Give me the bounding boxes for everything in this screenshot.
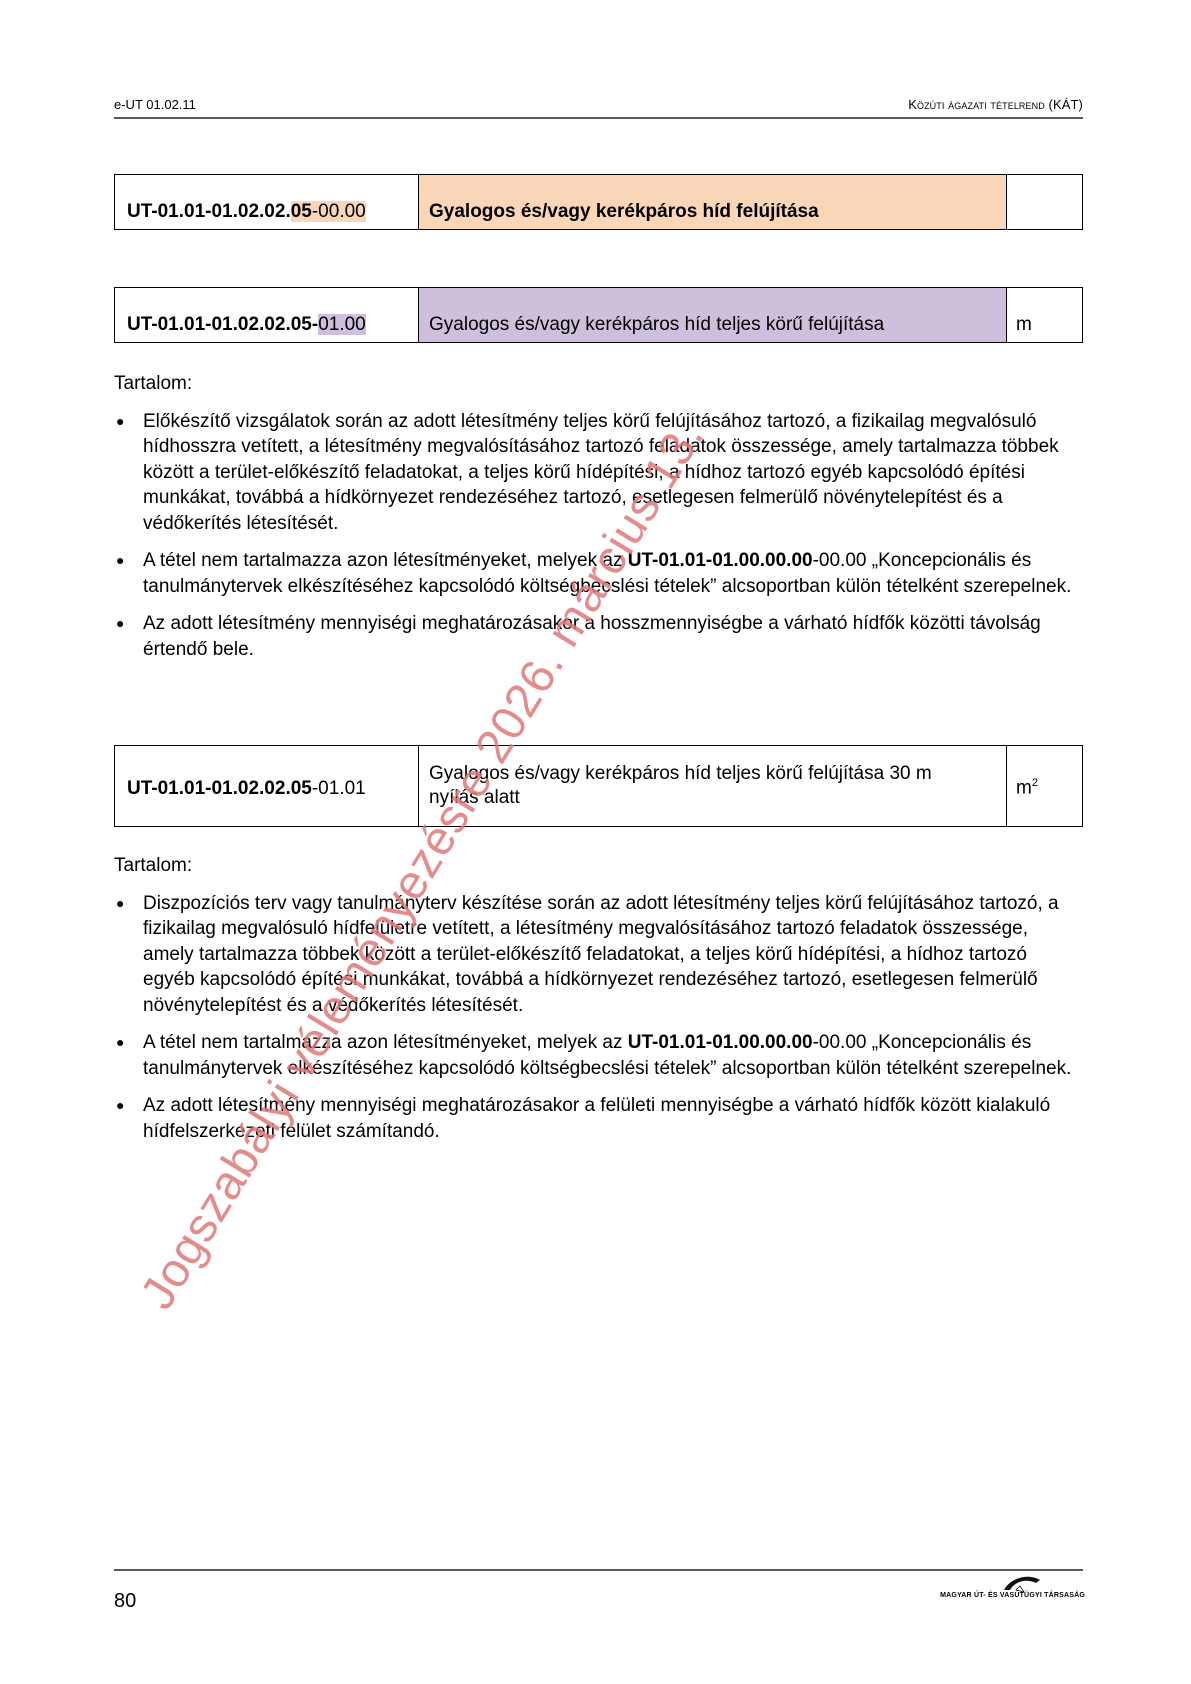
bullet-icon: ● <box>116 409 124 435</box>
bullet-list: ●Előkészítő vizsgálatok során az adott l… <box>114 409 1074 663</box>
item-unit: m2 <box>1007 746 1083 827</box>
section-label: Tartalom: <box>114 853 1074 879</box>
item-table-detail: UT-01.01-01.02.02.05-01.01 Gyalogos és/v… <box>114 745 1083 827</box>
item-table-group: UT-01.01-01.02.02.05-00.00 Gyalogos és/v… <box>114 174 1083 230</box>
list-item: ●A tétel nem tartalmazza azon létesítmén… <box>114 1030 1074 1081</box>
bullet-icon: ● <box>116 611 124 637</box>
page-header: e-UT 01.02.11 Közúti ágazati tételrend (… <box>114 97 1083 119</box>
list-item: ●Az adott létesítmény mennyiségi meghatá… <box>114 1093 1074 1144</box>
content-section-2: Tartalom: ●Diszpozíciós terv vagy tanulm… <box>114 853 1074 1156</box>
item-unit <box>1007 175 1083 230</box>
bullet-icon: ● <box>116 891 124 917</box>
item-unit: m <box>1007 288 1083 343</box>
publisher-name: MAGYAR ÚT- ÉS VASÚTÜGYI TÁRSASÁG <box>930 1592 1085 1599</box>
table-row: UT-01.01-01.02.02.05-00.00 Gyalogos és/v… <box>115 175 1083 230</box>
publisher-logo: MAGYAR ÚT- ÉS VASÚTÜGYI TÁRSASÁG <box>930 1572 1085 1612</box>
item-code: UT-01.01-01.02.02.05-00.00 <box>115 175 419 230</box>
item-title: Gyalogos és/vagy kerékpáros híd teljes k… <box>419 746 1007 827</box>
list-item: ●Az adott létesítmény mennyiségi meghatá… <box>114 611 1074 662</box>
list-item: ●Előkészítő vizsgálatok során az adott l… <box>114 409 1074 537</box>
list-item: ●A tétel nem tartalmazza azon létesítmén… <box>114 548 1074 599</box>
footer-divider <box>114 1569 1083 1571</box>
item-table-subitem: UT-01.01-01.02.02.05-01.00 Gyalogos és/v… <box>114 287 1083 343</box>
page-number: 80 <box>114 1590 136 1613</box>
reference-code: UT-01.01-01.00.00.00 <box>628 550 813 571</box>
section-label: Tartalom: <box>114 371 1074 397</box>
bullet-icon: ● <box>116 548 124 574</box>
list-item: ●Diszpozíciós terv vagy tanulmányterv ké… <box>114 891 1074 1019</box>
item-title: Gyalogos és/vagy kerékpáros híd teljes k… <box>419 288 1007 343</box>
item-code: UT-01.01-01.02.02.05-01.00 <box>115 288 419 343</box>
item-code: UT-01.01-01.02.02.05-01.01 <box>115 746 419 827</box>
document-title: Közúti ágazati tételrend (KÁT) <box>908 97 1083 112</box>
reference-code: UT-01.01-01.00.00.00 <box>628 1032 813 1053</box>
content-section-1: Tartalom: ●Előkészítő vizsgálatok során … <box>114 371 1074 674</box>
bullet-list: ●Diszpozíciós terv vagy tanulmányterv ké… <box>114 891 1074 1145</box>
road-arc-logo-icon <box>1002 1574 1042 1592</box>
table-row: UT-01.01-01.02.02.05-01.01 Gyalogos és/v… <box>115 746 1083 827</box>
bullet-icon: ● <box>116 1030 124 1056</box>
item-title: Gyalogos és/vagy kerékpáros híd felújítá… <box>419 175 1007 230</box>
table-row: UT-01.01-01.02.02.05-01.00 Gyalogos és/v… <box>115 288 1083 343</box>
document-id: e-UT 01.02.11 <box>114 97 196 112</box>
bullet-icon: ● <box>116 1093 124 1119</box>
document-page: e-UT 01.02.11 Közúti ágazati tételrend (… <box>0 0 1191 1684</box>
